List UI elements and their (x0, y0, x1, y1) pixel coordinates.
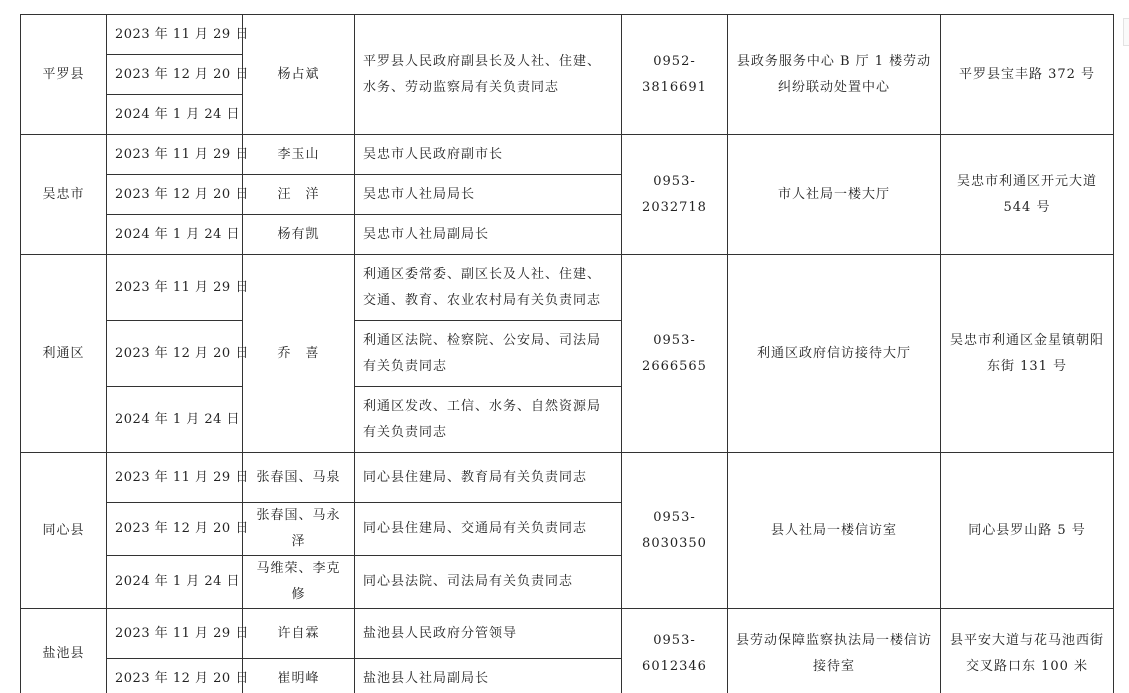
participants-cell: 吴忠市人民政府副市长 (355, 135, 622, 175)
area-cell: 同心县 (21, 453, 107, 609)
phone-cell: 0952-3816691 (622, 15, 728, 135)
address-cell: 吴忠市利通区金星镇朝阳东街 131 号 (941, 255, 1114, 453)
area-cell: 利通区 (21, 255, 107, 453)
participants-cell: 盐池县人民政府分管领导 (355, 609, 622, 659)
date-cell: 2023 年 12 月 20 日 (107, 503, 243, 556)
leader-cell: 崔明峰 (243, 659, 355, 693)
table-row: 平罗县 2023 年 11 月 29 日 杨占斌 平罗县人民政府副县长及人社、住… (21, 15, 1114, 55)
table-row: 吴忠市 2023 年 11 月 29 日 李玉山 吴忠市人民政府副市长 0953… (21, 135, 1114, 175)
leader-cell: 汪 洋 (243, 175, 355, 215)
participants-cell: 同心县住建局、交通局有关负责同志 (355, 503, 622, 556)
date-cell: 2023 年 12 月 20 日 (107, 175, 243, 215)
area-cell: 吴忠市 (21, 135, 107, 255)
table-row: 利通区 2023 年 11 月 29 日 乔 喜 利通区委常委、副区长及人社、住… (21, 255, 1114, 321)
reception-schedule-table: 平罗县 2023 年 11 月 29 日 杨占斌 平罗县人民政府副县长及人社、住… (20, 14, 1114, 693)
participants-cell: 同心县住建局、教育局有关负责同志 (355, 453, 622, 503)
area-cell: 平罗县 (21, 15, 107, 135)
date-cell: 2024 年 1 月 24 日 (107, 556, 243, 609)
date-cell: 2023 年 11 月 29 日 (107, 453, 243, 503)
leader-cell: 杨有凯 (243, 215, 355, 255)
date-cell: 2023 年 11 月 29 日 (107, 609, 243, 659)
area-cell: 盐池县 (21, 609, 107, 693)
leader-cell: 李玉山 (243, 135, 355, 175)
leader-cell: 张春国、马永泽 (243, 503, 355, 556)
venue-cell: 县劳动保障监察执法局一楼信访接待室 (728, 609, 941, 693)
address-cell: 县平安大道与花马池西街交叉路口东 100 米 (941, 609, 1114, 693)
address-cell: 同心县罗山路 5 号 (941, 453, 1114, 609)
participants-cell: 吴忠市人社局局长 (355, 175, 622, 215)
date-cell: 2024 年 1 月 24 日 (107, 215, 243, 255)
participants-cell: 同心县法院、司法局有关负责同志 (355, 556, 622, 609)
date-cell: 2023 年 11 月 29 日 (107, 255, 243, 321)
venue-cell: 县人社局一楼信访室 (728, 453, 941, 609)
phone-cell: 0953-8030350 (622, 453, 728, 609)
date-cell: 2024 年 1 月 24 日 (107, 387, 243, 453)
participants-cell: 利通区发改、工信、水务、自然资源局有关负责同志 (355, 387, 622, 453)
scrollbar-edge[interactable] (1123, 18, 1129, 46)
table-row: 盐池县 2023 年 11 月 29 日 许自霖 盐池县人民政府分管领导 095… (21, 609, 1114, 659)
participants-cell: 吴忠市人社局副局长 (355, 215, 622, 255)
venue-cell: 市人社局一楼大厅 (728, 135, 941, 255)
date-cell: 2023 年 12 月 20 日 (107, 55, 243, 95)
leader-cell: 张春国、马泉 (243, 453, 355, 503)
date-cell: 2023 年 12 月 20 日 (107, 659, 243, 693)
date-cell: 2024 年 1 月 24 日 (107, 95, 243, 135)
date-cell: 2023 年 11 月 29 日 (107, 135, 243, 175)
table-row: 同心县 2023 年 11 月 29 日 张春国、马泉 同心县住建局、教育局有关… (21, 453, 1114, 503)
participants-cell: 利通区法院、检察院、公安局、司法局有关负责同志 (355, 321, 622, 387)
participants-cell: 盐池县人社局副局长 (355, 659, 622, 693)
leader-cell: 乔 喜 (243, 255, 355, 453)
participants-cell: 平罗县人民政府副县长及人社、住建、水务、劳动监察局有关负责同志 (355, 15, 622, 135)
date-cell: 2023 年 12 月 20 日 (107, 321, 243, 387)
leader-cell: 许自霖 (243, 609, 355, 659)
address-cell: 吴忠市利通区开元大道 544 号 (941, 135, 1114, 255)
leader-cell: 杨占斌 (243, 15, 355, 135)
phone-cell: 0953-2666565 (622, 255, 728, 453)
participants-cell: 利通区委常委、副区长及人社、住建、交通、教育、农业农村局有关负责同志 (355, 255, 622, 321)
venue-cell: 县政务服务中心 B 厅 1 楼劳动纠纷联动处置中心 (728, 15, 941, 135)
address-cell: 平罗县宝丰路 372 号 (941, 15, 1114, 135)
leader-cell: 马维荣、李克修 (243, 556, 355, 609)
venue-cell: 利通区政府信访接待大厅 (728, 255, 941, 453)
date-cell: 2023 年 11 月 29 日 (107, 15, 243, 55)
phone-cell: 0953-6012346 (622, 609, 728, 693)
phone-cell: 0953-2032718 (622, 135, 728, 255)
